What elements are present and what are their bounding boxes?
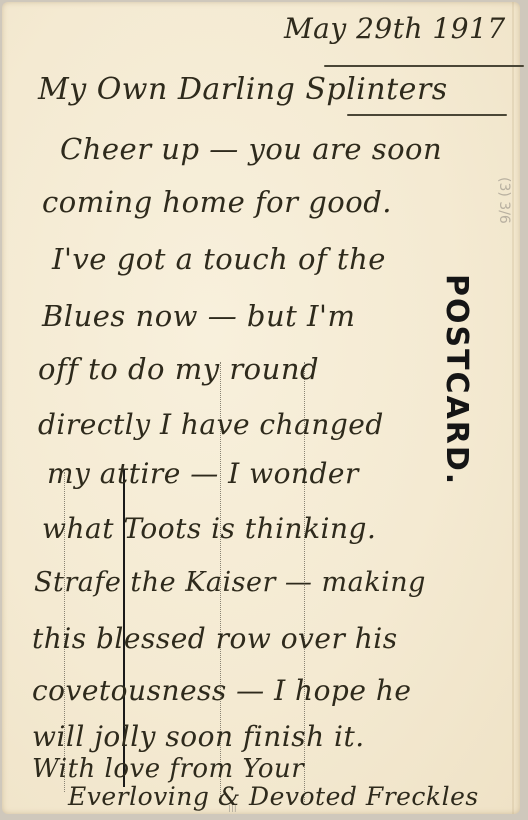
letter-line: covetousness — I hope he [32, 674, 411, 707]
letter-line: With love from Your [32, 754, 304, 784]
printed-postcard-label: POSTCARD. [439, 274, 474, 486]
letter-line: this blessed row over his [32, 622, 398, 655]
pencil-margin-note: (3) 3/6 [496, 177, 512, 224]
letter-line: off to do my round [38, 352, 319, 386]
letter-line: what Toots is thinking. [42, 512, 376, 545]
letter-line: Strafe the Kaiser — making [34, 567, 426, 598]
letter-line: my attire — I wonder [47, 457, 359, 490]
letter-greeting: My Own Darling Splinters [38, 72, 448, 107]
letter-line: will jolly soon finish it. [32, 720, 365, 753]
letter-line: Blues now — but I'm [42, 299, 355, 333]
card-edge [512, 2, 514, 814]
letter-line: directly I have changed [38, 408, 384, 441]
greeting-overline [324, 65, 524, 67]
pencil-catalogue-number: H13722 [0, 514, 4, 608]
letter-signature: Everloving & Devoted Freckles [68, 782, 479, 811]
letter-line: Cheer up — you are soon [60, 132, 442, 166]
postcard-back: POSTCARD. May 29th 1917 My Own Darling S… [2, 2, 520, 814]
pencil-bottom-mark: III [228, 804, 237, 815]
letter-line: I've got a touch of the [52, 242, 386, 276]
letter-line: coming home for good. [42, 185, 392, 219]
letter-date: May 29th 1917 [284, 12, 506, 45]
greeting-underline [347, 114, 507, 116]
